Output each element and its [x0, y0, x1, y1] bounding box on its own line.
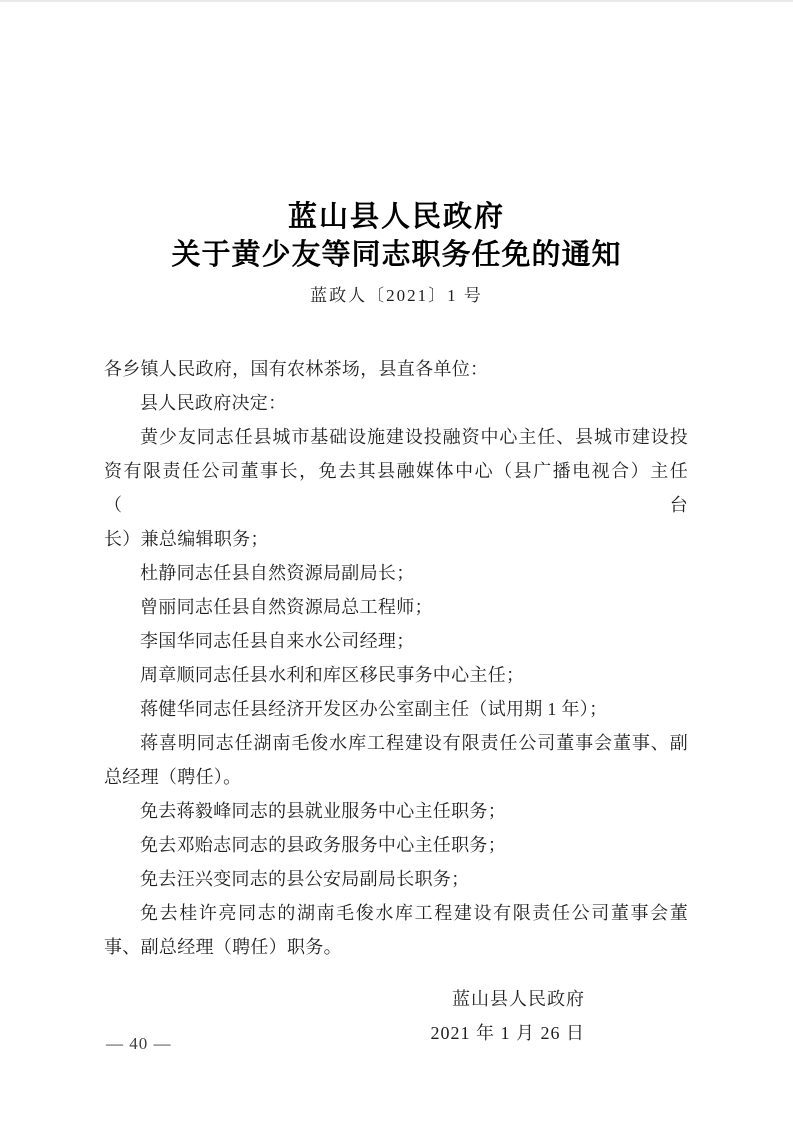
body-line: 蒋健华同志任县经济开发区办公室副主任（试用期 1 年）；: [104, 692, 688, 726]
document-page: 蓝山县人民政府 关于黄少友等同志职务任免的通知 蓝政人〔2021〕1 号 各乡镇…: [0, 0, 793, 1122]
paragraph: 李国华同志任县自来水公司经理；: [104, 624, 688, 658]
paragraph: 县人民政府决定：: [104, 386, 688, 420]
body-line: 杜静同志任县自然资源局副局长；: [104, 556, 688, 590]
signature-name: 蓝山县人民政府: [0, 982, 585, 1016]
paragraph: 免去蒋毅峰同志的县就业服务中心主任职务；: [104, 794, 688, 828]
body-line: 县人民政府决定：: [104, 386, 688, 420]
paragraph: 曾丽同志任县自然资源局总工程师；: [104, 590, 688, 624]
body-line: 周章顺同志任县水利和库区移民事务中心主任；: [104, 658, 688, 692]
body-line: 免去桂许亮同志的湖南毛俊水库工程建设有限责任公司董事会董: [104, 896, 688, 930]
body-line: 事、副总经理（聘任）职务。: [104, 930, 688, 964]
paragraph: 免去汪兴变同志的县公安局副局长职务；: [104, 862, 688, 896]
body-line: 李国华同志任县自来水公司经理；: [104, 624, 688, 658]
title-line-2: 关于黄少友等同志职务任免的通知: [0, 236, 793, 274]
body-line: 长）兼总编辑职务；: [104, 522, 688, 556]
paragraph: 免去邓贻志同志的县政务服务中心主任职务；: [104, 828, 688, 862]
paragraph: 黄少友同志任县城市基础设施建设投融资中心主任、县城市建设投资有限责任公司董事长，…: [104, 420, 688, 556]
paragraph: 各乡镇人民政府，国有农林茶场，县直各单位：: [104, 352, 688, 386]
paragraph: 周章顺同志任县水利和库区移民事务中心主任；: [104, 658, 688, 692]
body-line: 各乡镇人民政府，国有农林茶场，县直各单位：: [104, 352, 688, 386]
body-line: 总经理（聘任）。: [104, 760, 688, 794]
body-line: 资有限责任公司董事长，免去其县融媒体中心（县广播电视合）主任（台: [104, 454, 688, 522]
document-title: 蓝山县人民政府 关于黄少友等同志职务任免的通知 蓝政人〔2021〕1 号: [0, 0, 793, 308]
signature-date: 2021 年 1 月 26 日: [0, 1016, 585, 1050]
body-line: 黄少友同志任县城市基础设施建设投融资中心主任、县城市建设投: [104, 420, 688, 454]
paragraph: 杜静同志任县自然资源局副局长；: [104, 556, 688, 590]
body-line: 曾丽同志任县自然资源局总工程师；: [104, 590, 688, 624]
document-number: 蓝政人〔2021〕1 号: [0, 284, 793, 308]
body-line: 免去邓贻志同志的县政务服务中心主任职务；: [104, 828, 688, 862]
paragraph: 蒋健华同志任县经济开发区办公室副主任（试用期 1 年）；: [104, 692, 688, 726]
body-line: 免去蒋毅峰同志的县就业服务中心主任职务；: [104, 794, 688, 828]
paragraph: 免去桂许亮同志的湖南毛俊水库工程建设有限责任公司董事会董事、副总经理（聘任）职务…: [104, 896, 688, 964]
body-line: 蒋喜明同志任湖南毛俊水库工程建设有限责任公司董事会董事、副: [104, 726, 688, 760]
document-body: 各乡镇人民政府，国有农林茶场，县直各单位：县人民政府决定：黄少友同志任县城市基础…: [104, 352, 688, 964]
body-line: 免去汪兴变同志的县公安局副局长职务；: [104, 862, 688, 896]
paragraph: 蒋喜明同志任湖南毛俊水库工程建设有限责任公司董事会董事、副总经理（聘任）。: [104, 726, 688, 794]
page-number: — 40 —: [106, 1034, 172, 1054]
title-line-1: 蓝山县人民政府: [0, 198, 793, 236]
